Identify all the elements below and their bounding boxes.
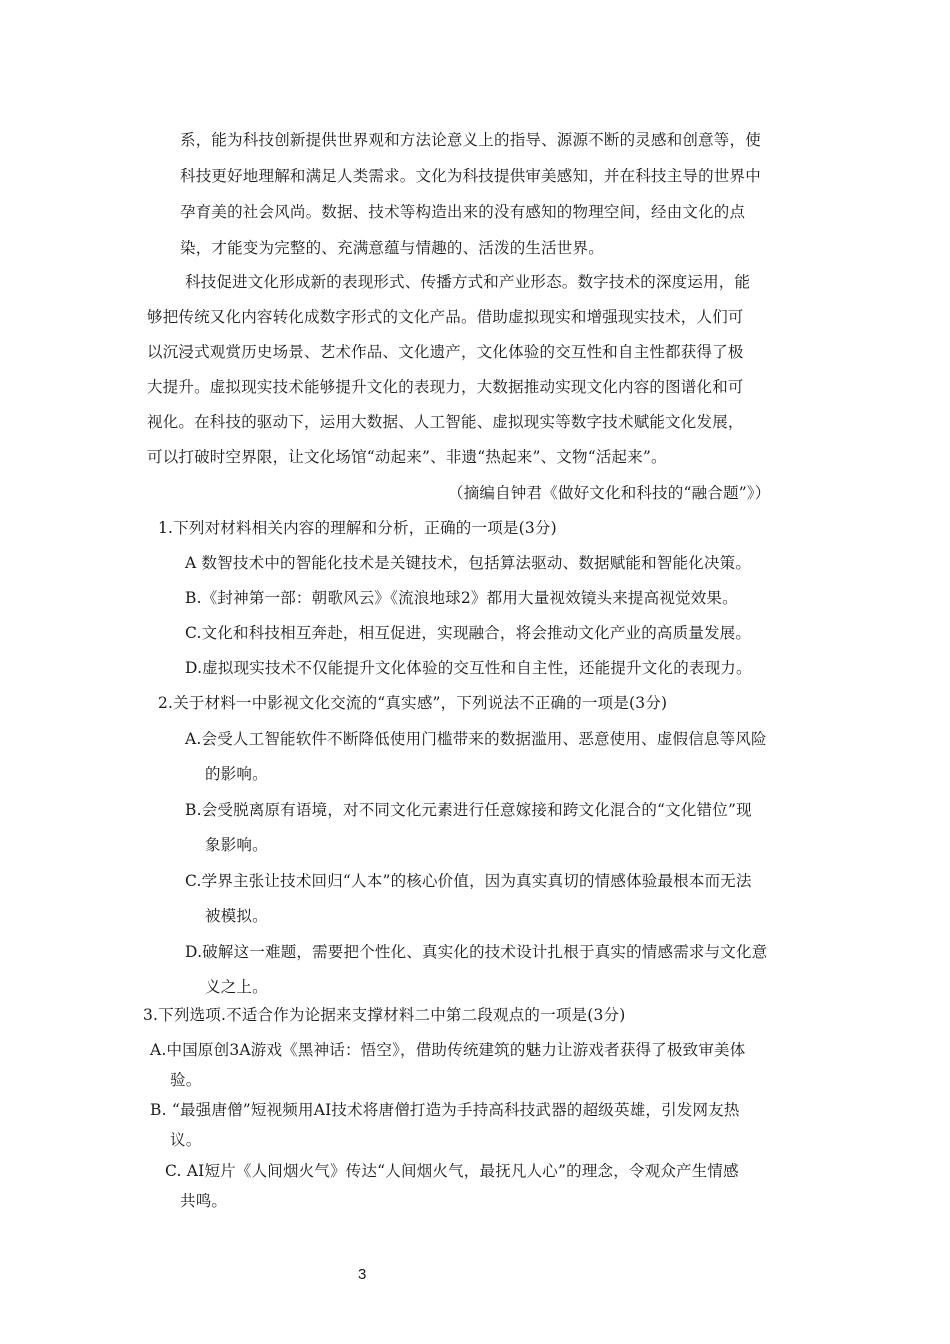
- question-3-option-b: B. “最强唐僧”短视频用AI技术将唐僧打造为手持高科技武器的超级英雄，引发网友…: [150, 1100, 740, 1120]
- paragraph-1-line: 科技更好地理解和满足人类需求。文化为科技提供审美感知，并在科技主导的世界中: [180, 166, 761, 186]
- question-1-option-a: A 数智技术中的智能化技术是关键技术，包括算法驱动、数据赋能和智能化决策。: [185, 553, 751, 573]
- question-3-option-c-cont: 共鸣。: [180, 1191, 227, 1211]
- paragraph-2-line: 科技促进文化形成新的表现形式、传播方式和产业形态。数字技术的深度运用，能: [185, 272, 750, 292]
- paragraph-2-line: 以沉浸式观赏历史场景、艺术作品、文化遗产，文化体验的交互性和自主性都获得了极: [147, 342, 744, 362]
- paragraph-1-line: 染，才能变为完整的、充满意蕴与情趣的、活泼的生活世界。: [180, 238, 604, 258]
- question-2-option-a: A.会受人工智能软件不断降低使用门槛带来的数据滥用、恶意使用、虚假信息等风险: [185, 729, 767, 749]
- question-2-option-d: D.破解这一难题，需要把个性化、真实化的技术设计扎根于真实的情感需求与文化意: [185, 942, 767, 962]
- source-citation: （摘编自钟君《做好文化和科技的“融合题”》）: [448, 483, 771, 503]
- question-2-option-a-cont: 的影响。: [205, 764, 268, 784]
- question-2-option-c: C.学界主张让技术回归“人本”的核心价值，因为真实真切的情感体验最根本而无法: [185, 871, 752, 891]
- paragraph-2-line: 大提升。虚拟现实技术能够提升文化的表现力，大数据推动实现文化内容的图谱化和可: [147, 377, 744, 397]
- question-3-option-a-cont: 验。: [170, 1070, 201, 1090]
- question-3-option-b-cont: 议。: [170, 1130, 201, 1150]
- question-3-option-c: C. AI短片《人间烟火气》传达“人间烟火气，最抚凡人心”的理念，令观众产生情感: [165, 1161, 739, 1181]
- question-3-option-a: A.中国原创3A游戏《黑神话：悟空》，借助传统建筑的魅力让游戏者获得了极致审美体: [150, 1040, 745, 1060]
- question-1-option-c: C.文化和科技相互奔赴，相互促进，实现融合，将会推动文化产业的高质量发展。: [185, 623, 751, 643]
- paragraph-1-line: 系，能为科技创新提供世界观和方法论意义上的指导、源源不断的灵感和创意等，使: [180, 130, 761, 150]
- question-3-stem: 3.下列选项.不适合作为论据来支撑材料二中第二段观点的一项是(3分): [143, 1005, 625, 1025]
- question-1-stem: 1.下列对材料相关内容的理解和分析，正确的一项是(3分): [158, 518, 557, 538]
- question-2-option-c-cont: 被模拟。: [205, 906, 268, 926]
- page-number: 3: [358, 1266, 366, 1283]
- paragraph-2-line: 够把传统又化内容转化成数字形式的文化产品。借助虚拟现实和增强现实技术，人们可: [147, 307, 744, 327]
- paragraph-2-line: 视化。在科技的驱动下，运用大数据、人工智能、虚拟现实等数字技术赋能文化发展，: [147, 412, 744, 432]
- question-1-option-b: B.《封神第一部：朝歌风云》《流浪地球2》都用大量视效镜头来提高视觉效果。: [185, 588, 738, 608]
- question-1-option-d: D.虚拟现实技术不仅能提升文化体验的交互性和自主性，还能提升文化的表现力。: [185, 658, 752, 678]
- paragraph-2-line: 可以打破时空界限，让文化场馆“动起来”、非遗“热起来”、文物“活起来”。: [147, 447, 667, 467]
- question-2-option-b: B.会受脱离原有语境，对不同文化元素进行任意嫁接和跨文化混合的“文化错位”现: [185, 800, 752, 820]
- question-2-stem: 2.关于材料一中影视文化交流的“真实感”，下列说法不正确的一项是(3分): [158, 693, 667, 713]
- paragraph-1-line: 孕育美的社会风尚。数据、技术等构造出来的没有感知的物理空间，经由文化的点: [180, 202, 745, 222]
- question-2-option-b-cont: 象影响。: [205, 835, 268, 855]
- question-2-option-d-cont: 义之上。: [205, 977, 268, 997]
